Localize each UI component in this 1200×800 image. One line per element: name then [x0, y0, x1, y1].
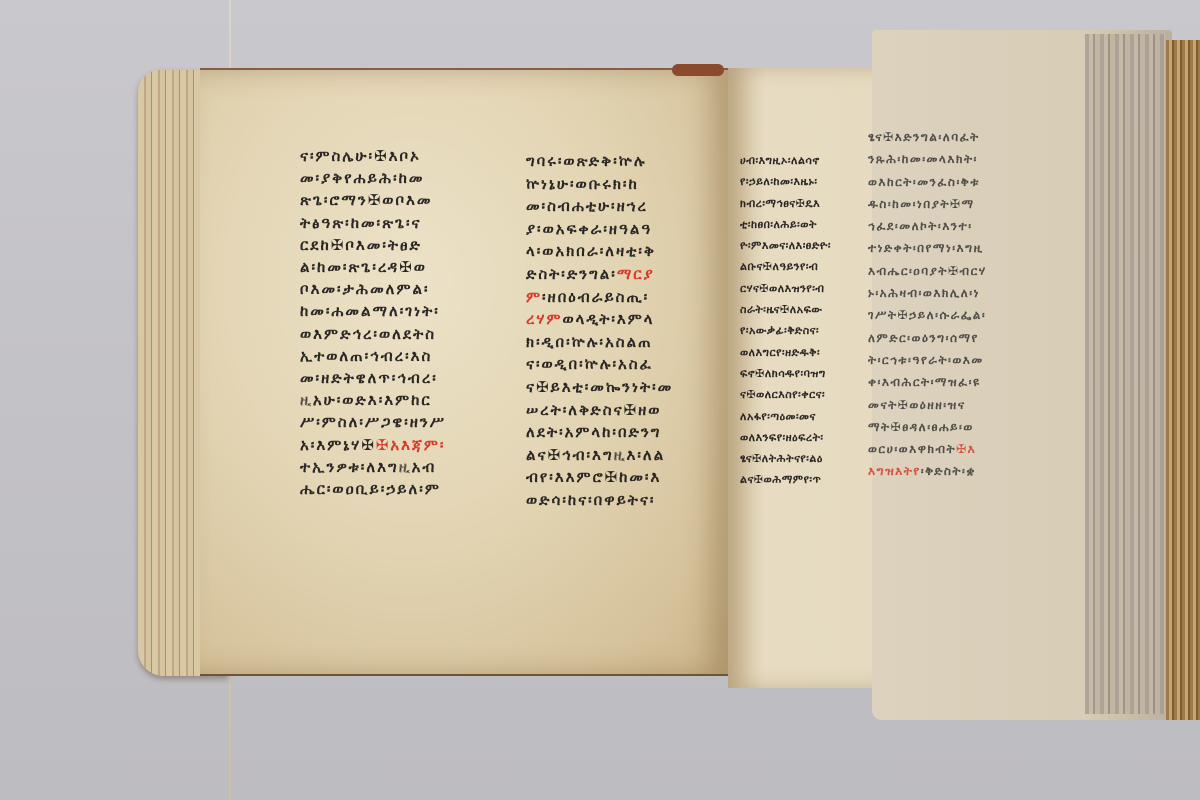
text-line: ሥ፡ምስለ፡ሥጋዌ፡ዘንሥ [300, 411, 446, 433]
text-line: ልቡና✠ለዓይንየ፡ብ [740, 256, 831, 277]
text-segment: ፡ዘበዕብራይስጢ፡ [542, 288, 649, 306]
text-line: የ፡ኃይለ፡ከመ፡እዜኑ፡ [740, 171, 831, 192]
text-line: ሀብ፡እግዚኦ፡ለልሳኖ [740, 150, 831, 171]
text-line: ል፡ከመ፡ጽጌ፡ረዳ✠ወ [300, 256, 446, 278]
rubric-text: ✠አእጃም፡ [376, 436, 446, 454]
text-line: ሔር፡ወዐቢይ፡ኃይለ፡ም [300, 478, 446, 500]
text-line: ና✠ይእቲ፡መኰንነት፡መ [526, 376, 673, 399]
text-line: ተነድቀት፡በየማነ፡እግዚ [868, 237, 987, 259]
text-line: ወድሳ፡ከና፡በዋይትና፡ [526, 489, 673, 512]
text-line: ክ፡ዲበ፡ኵሉ፡አስልጠ [526, 331, 673, 354]
text-line: ኑ፡አሕዛብ፡ወእክሊለ፡ነ [868, 282, 987, 304]
text-segment: አ፡እምኔሃ✠ [300, 436, 376, 454]
text-line: ወለእግርየ፡ዘድዱቅ፡ [740, 342, 831, 363]
text-line: ና፡ወዲበ፡ኵሉ፡አስፈ [526, 353, 673, 376]
text-line: ድስት፡ድንግል፡ማርያ [526, 263, 673, 286]
text-line: አ፡እምኔሃ✠✠አእጃም፡ [300, 434, 446, 456]
text-line: ዱስ፡ከመ፡ነበያት✠ማ [868, 193, 987, 215]
text-line: ግባሩ፡ወጽድቅ፡ኵሉ [526, 150, 673, 173]
text-line: ረሃምወላዲት፡እምላ [526, 308, 673, 331]
text-line: ጽጌ፡ሮማን✠ወቦእመ [300, 189, 446, 211]
text-line: ልና✠ወሕማምየ፡ጥ [740, 469, 831, 490]
text-line: ኵነኔሁ፡ወቡሩክ፡ከ [526, 173, 673, 196]
text-line: ፍኖ✠ለክሳዱየ፡ባዝግ [740, 363, 831, 384]
text-line: ዮ፡ምእመና፡ለእ፡ፀድዮ፡ [740, 235, 831, 256]
text-line: ንጹሕ፡ከመ፡መላእክት፡ [868, 148, 987, 170]
text-line: ያ፡ወአፍቀራ፡ዘዓልዓ [526, 218, 673, 241]
text-line: ኢተወለጠ፡ኅብረ፡እስ [300, 345, 446, 367]
text-column-1: ና፡ምስሌሁ፡✠እቦኦ መ፡ያቅየሐይሕ፡ከመ ጽጌ፡ሮማን✠ወቦእመ ትፅዓጽ… [300, 145, 446, 500]
text-line: ቦእመ፡ታሕመለምል፡ [300, 278, 446, 300]
text-line: ም፡ዘበዕብራይስጢ፡ [526, 286, 673, 309]
text-line: ፄና✠ለትሕትናየ፡ልዕ [740, 448, 831, 469]
text-line: እግዝእትየ፡ቅድስት፡ቋ [868, 460, 987, 482]
text-segment: ወርሀ፡ወእዋክብት [868, 442, 956, 456]
text-line: ወርሀ፡ወእዋክብት✠እ [868, 438, 987, 460]
text-line: መ፡ያቅየሐይሕ፡ከመ [300, 167, 446, 189]
text-line: ትፅዓጽ፡ከመ፡ጽጌ፡ና [300, 212, 446, 234]
text-line: ና፡ምስሌሁ፡✠እቦኦ [300, 145, 446, 167]
text-line: መ፡ዘድትዌለጥ፡ኅብረ፡ [300, 367, 446, 389]
text-column-4: ፄና✠እድንግል፡ለባፈት ንጹሕ፡ከመ፡መላእክት፡ ወእከርት፡መንፈስ፡ቅ… [868, 126, 987, 483]
text-segment: ድስት፡ድንግል፡ [526, 265, 617, 283]
text-line: ቲ፡ከፀበ፡ለሕይ፡ወት [740, 214, 831, 235]
text-line: ርደከ✠ቦእመ፡ትፀድ [300, 234, 446, 256]
text-line: መ፡ስብሐቲሁ፡ዘኀረ [526, 195, 673, 218]
text-segment: ወላዲት፡እምላ [562, 310, 654, 328]
text-line: ፄና✠እድንግል፡ለባፈት [868, 126, 987, 148]
text-line: ት፡ርኅቱ፡ዓየራት፡ወእመ [868, 349, 987, 371]
text-column-2: ግባሩ፡ወጽድቅ፡ኵሉ ኵነኔሁ፡ወቡሩክ፡ከ መ፡ስብሐቲሁ፡ዘኀረ ያ፡ወአ… [526, 150, 673, 512]
right-page-edges [1085, 34, 1165, 714]
text-line: ገሥት✠ኃይለ፡ሱራፌል፡ [868, 304, 987, 326]
text-line: እብሔር፡ዐባያት✠ብርሃ [868, 260, 987, 282]
text-line: ተኢንዎቱ፡ለእግዚአብ [300, 456, 446, 478]
text-line: ክብረ፡ማኅፀና✠ዴእ [740, 193, 831, 214]
text-line: የ፡አውቃፊ፡ቅድስና፡ [740, 320, 831, 341]
rubric-text: ረሃም [526, 310, 562, 328]
text-segment: ፡ቅድስት፡ቋ [921, 464, 976, 478]
text-line: ቀ፡እብሕርት፡ማዝፈ፡ዩ [868, 371, 987, 393]
manuscript-photo: ና፡ምስሌሁ፡✠እቦኦ መ፡ያቅየሐይሕ፡ከመ ጽጌ፡ሮማን✠ወቦእመ ትፅዓጽ… [0, 0, 1200, 800]
rubric-text: ✠እ [956, 442, 976, 456]
text-line: ላ፡ወአክበራ፡ለዛቲ፡ቅ [526, 240, 673, 263]
text-line: ሠረት፡ለቅድስና✠ዘወ [526, 399, 673, 422]
text-line: ብየ፡እእምሮ✠ከመ፡እ [526, 466, 673, 489]
text-line: ኅፈደ፡መለኮት፡እንተ፡ [868, 215, 987, 237]
text-line: ዚአሁ፡ወድእ፡እምከር [300, 389, 446, 411]
text-column-3: ሀብ፡እግዚኦ፡ለልሳኖ የ፡ኃይለ፡ከመ፡እዜኑ፡ ክብረ፡ማኅፀና✠ዴእ ቲ… [740, 150, 831, 491]
rubric-text: ም [526, 288, 542, 306]
text-line: ለምድር፡ወዕንግ፡ሰማየ [868, 327, 987, 349]
text-line: ልና✠ኅብ፡እግዚእ፡ለል [526, 444, 673, 467]
rubric-text: ማርያ [617, 265, 655, 283]
text-line: ለደት፡አምላከ፡በድንግ [526, 421, 673, 444]
text-line: ና✠ወለርእስየ፡ቀርና፡ [740, 384, 831, 405]
right-cover-block [1166, 40, 1200, 720]
text-line: ከመ፡ሐመልማለ፡ገነት፡ [300, 300, 446, 322]
text-line: ስራት፡ዜና✠ለአፍው [740, 299, 831, 320]
text-line: ወእከርት፡መንፈስ፡ቅቱ [868, 171, 987, 193]
leather-spine-tab [672, 64, 724, 76]
text-line: ለአፋየ፡ጣዕመ፡መና [740, 406, 831, 427]
text-line: ርሃና✠ወለእዝንየ፡ብ [740, 278, 831, 299]
text-line: ማት✠ፀዳለ፡ፀሐይ፡ወ [868, 416, 987, 438]
text-line: መናት✠ወዕዘዘ፡ዝና [868, 394, 987, 416]
text-line: ወለእንፍየ፡ዘዕፍረት፡ [740, 427, 831, 448]
rubric-text: እግዝእትየ [868, 464, 921, 478]
text-line: ወእምድኅረ፡ወለደትስ [300, 323, 446, 345]
